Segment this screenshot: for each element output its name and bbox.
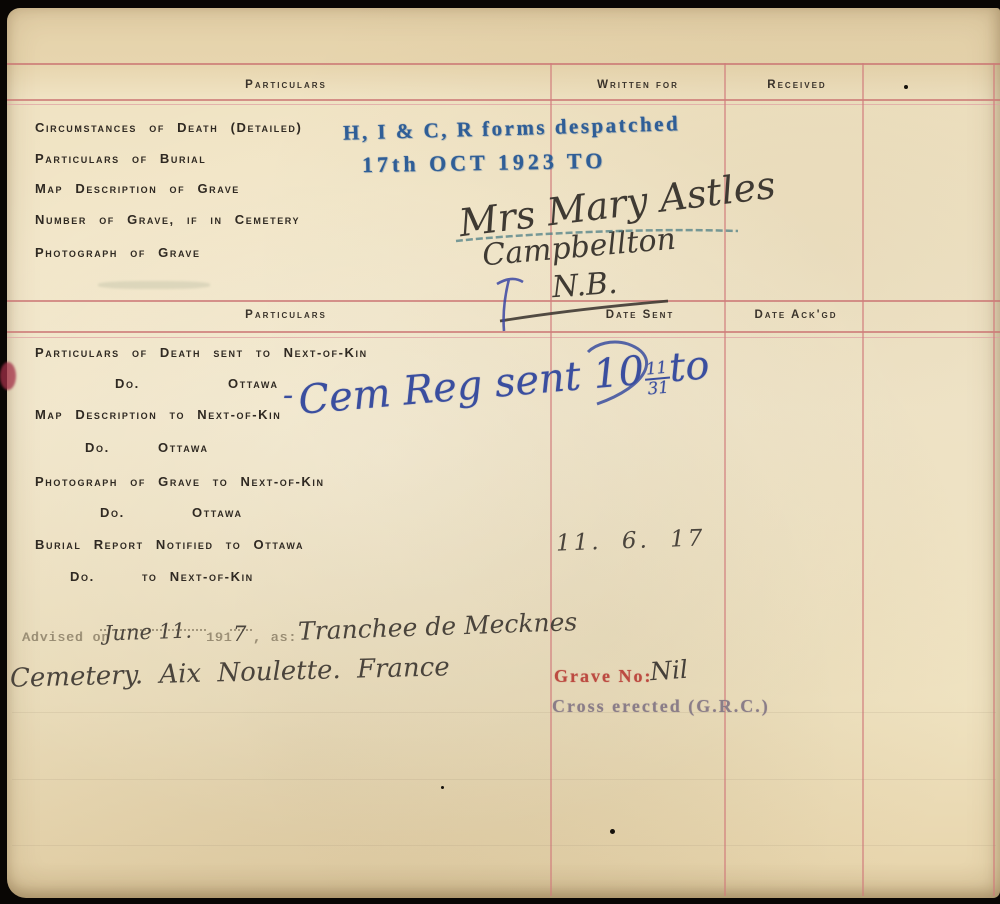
row-do-1: Do. (115, 376, 140, 391)
row-circumstances-of-death: Circumstances of Death (Detailed) (35, 120, 302, 135)
rule-header1-bottom-thin (7, 104, 1000, 105)
header-particulars-1: Particulars (245, 79, 327, 91)
row-ottawa-1: Ottawa (228, 376, 279, 391)
row-particulars-of-burial: Particulars of Burial (35, 151, 206, 166)
despatch-stamp-line2: 17th OCT 1923 TO (362, 148, 607, 178)
row-burial-report-ottawa: Burial Report Notified to Ottawa (35, 537, 304, 552)
rule-header2-bottom-thin (7, 337, 1000, 338)
header-date-sent: Date Sent (606, 309, 675, 321)
rule-col-margin-right (993, 63, 995, 896)
faint-ledger-line (12, 845, 996, 846)
rule-header2-top (7, 300, 1000, 302)
header-written-for: Written for (597, 79, 679, 91)
smudge-mark (98, 281, 210, 289)
handwritten-burial-report-date: 11. 6. 17 (556, 525, 706, 556)
row-number-of-grave: Number of Grave, if in Cemetery (35, 212, 300, 227)
row-map-description-of-grave: Map Description of Grave (35, 181, 240, 196)
cem-reg-fraction-bottom: 31 (645, 378, 672, 397)
red-ink-blob (0, 362, 16, 390)
row-ottawa-2: Ottawa (158, 440, 209, 455)
row-do-4: Do. (70, 569, 95, 584)
row-to-next-of-kin: to Next-of-Kin (142, 569, 254, 584)
header-received: Received (767, 79, 826, 91)
handwritten-advised-date: June 11. (104, 618, 193, 645)
scanned-register-page: Particulars Written for Received Circums… (0, 0, 1000, 904)
row-particulars-death-nok: Particulars of Death sent to Next-of-Kin (35, 345, 368, 360)
faint-ledger-line (12, 779, 996, 780)
handwritten-grave-no-value: Nil (649, 655, 689, 687)
typed-advised-on: Advised on (22, 630, 110, 645)
ink-speck (610, 829, 615, 834)
cross-erected-stamp: Cross erected (G.R.C.) (552, 696, 770, 717)
row-ottawa-3: Ottawa (192, 505, 243, 520)
cem-reg-fraction: 1131 (643, 358, 671, 397)
row-photograph-of-grave: Photograph of Grave (35, 245, 201, 260)
row-do-2: Do. (85, 440, 110, 455)
ink-speck (904, 85, 908, 89)
typed-year-prefix: 191 (206, 630, 232, 645)
row-map-description-nok: Map Description to Next-of-Kin (35, 407, 281, 422)
handwritten-cem-reg-dash: - (283, 378, 293, 413)
rule-header1-bottom (7, 99, 1000, 101)
typed-as-label: , as: (253, 630, 297, 645)
ink-speck (441, 786, 444, 789)
rule-header2-bottom (7, 331, 1000, 333)
cem-reg-suffix: to (667, 342, 711, 391)
row-photograph-grave-nok: Photograph of Grave to Next-of-Kin (35, 474, 325, 489)
rule-col-ackgd-right (862, 63, 864, 896)
register-card-paper (7, 8, 1000, 898)
grave-no-stamp: Grave No: (554, 666, 652, 687)
rule-col-particulars-right (550, 63, 552, 896)
header-particulars-2: Particulars (245, 309, 327, 321)
header-date-ackgd: Date Ack'gd (754, 309, 837, 321)
handwritten-recipient-province: N.B. (551, 266, 619, 305)
faint-ledger-line (12, 712, 996, 713)
row-do-3: Do. (100, 505, 125, 520)
rule-top (7, 63, 1000, 65)
handwritten-year-digit: 7 (233, 622, 246, 646)
